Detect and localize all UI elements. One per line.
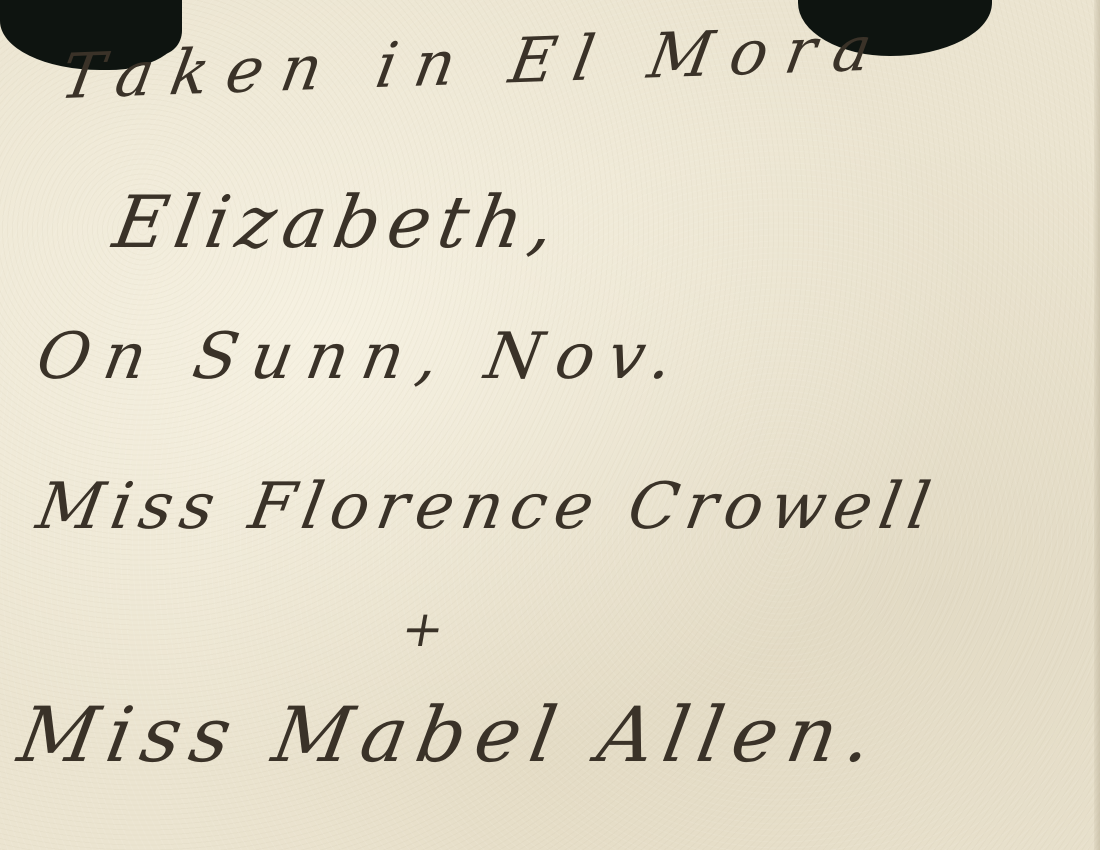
handwritten-line-name-1: Miss Florence Crowell [31, 470, 943, 544]
handwritten-ampersand: + [397, 600, 453, 658]
handwritten-line-date: On Sunn, Nov. [31, 320, 692, 394]
handwritten-line-name-2: Miss Mabel Allen. [12, 690, 889, 779]
card-back: Taken in El Mora Elizabeth, On Sunn, Nov… [0, 0, 1100, 850]
card-edge [1094, 0, 1100, 850]
handwritten-line-city: Elizabeth, [108, 180, 569, 264]
